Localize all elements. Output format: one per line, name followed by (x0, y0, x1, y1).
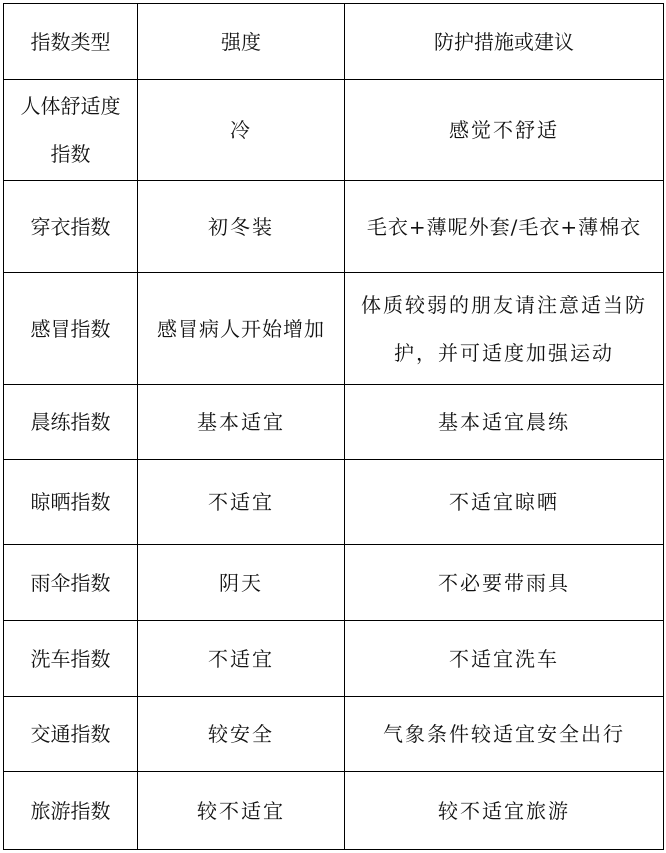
table-row: 人体舒适度指数 冷 感觉不舒适 (4, 80, 664, 181)
header-row: 指数类型 强度 防护措施或建议 (4, 4, 664, 80)
table-row: 旅游指数 较不适宜 较不适宜旅游 (4, 772, 664, 850)
index-type: 交通指数 (4, 697, 138, 772)
index-level: 不适宜 (138, 621, 345, 697)
index-type: 洗车指数 (4, 621, 138, 697)
index-type: 人体舒适度指数 (4, 80, 138, 181)
table-row: 雨伞指数 阴天 不必要带雨具 (4, 545, 664, 621)
index-type: 感冒指数 (4, 273, 138, 385)
index-type: 晨练指数 (4, 385, 138, 460)
header-level: 强度 (138, 4, 345, 80)
index-level: 阴天 (138, 545, 345, 621)
index-advice: 基本适宜晨练 (345, 385, 664, 460)
index-level: 初冬装 (138, 181, 345, 273)
index-advice: 气象条件较适宜安全出行 (345, 697, 664, 772)
index-advice: 不适宜晾晒 (345, 460, 664, 545)
weather-index-table: 指数类型 强度 防护措施或建议 人体舒适度指数 冷 感觉不舒适 穿衣指数 初冬装… (3, 3, 664, 850)
table-row: 晾晒指数 不适宜 不适宜晾晒 (4, 460, 664, 545)
table-row: 晨练指数 基本适宜 基本适宜晨练 (4, 385, 664, 460)
index-level: 较不适宜 (138, 772, 345, 850)
table-row: 感冒指数 感冒病人开始增加 体质较弱的朋友请注意适当防护，并可适度加强运动 (4, 273, 664, 385)
table-row: 交通指数 较安全 气象条件较适宜安全出行 (4, 697, 664, 772)
index-advice: 较不适宜旅游 (345, 772, 664, 850)
index-advice: 不必要带雨具 (345, 545, 664, 621)
index-type: 穿衣指数 (4, 181, 138, 273)
index-advice: 毛衣+薄呢外套/毛衣+薄棉衣 (345, 181, 664, 273)
index-level: 感冒病人开始增加 (138, 273, 345, 385)
header-advice: 防护措施或建议 (345, 4, 664, 80)
index-type: 雨伞指数 (4, 545, 138, 621)
index-type: 晾晒指数 (4, 460, 138, 545)
index-advice: 感觉不舒适 (345, 80, 664, 181)
table-row: 穿衣指数 初冬装 毛衣+薄呢外套/毛衣+薄棉衣 (4, 181, 664, 273)
table-row: 洗车指数 不适宜 不适宜洗车 (4, 621, 664, 697)
index-advice: 体质较弱的朋友请注意适当防护，并可适度加强运动 (345, 273, 664, 385)
header-index-type: 指数类型 (4, 4, 138, 80)
index-level: 冷 (138, 80, 345, 181)
index-level: 较安全 (138, 697, 345, 772)
index-type: 旅游指数 (4, 772, 138, 850)
index-level: 不适宜 (138, 460, 345, 545)
index-level: 基本适宜 (138, 385, 345, 460)
index-advice: 不适宜洗车 (345, 621, 664, 697)
